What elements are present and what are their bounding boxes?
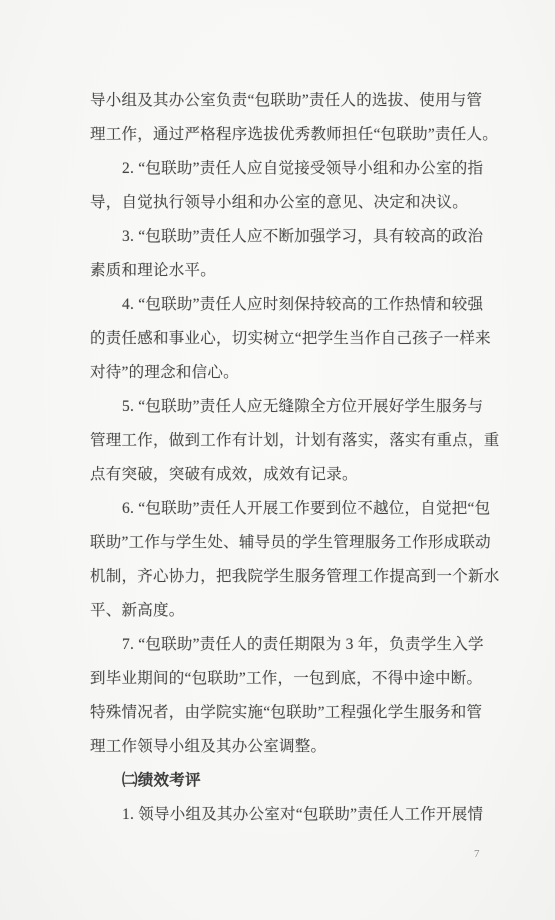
text-line: 4. “包联助”责任人应时刻保持较高的工作热情和较强 [90,288,484,322]
text-line: 导小组及其办公室负责“包联助”责任人的选拔、使用与管 [90,84,484,118]
text-line: 素质和理论水平。 [90,254,484,288]
text-line: 理工作领导小组及其办公室调整。 [90,730,484,764]
text-line: 对待”的理念和信心。 [90,356,484,390]
text-line: 平、新高度。 [90,594,484,628]
text-line: 导，自觉执行领导小组和办公室的意见、决定和决议。 [90,186,484,220]
text-line: 2. “包联助”责任人应自觉接受领导小组和办公室的指 [90,152,484,186]
text-line: 1. 领导小组及其办公室对“包联助”责任人工作开展情 [90,798,484,832]
text-line: 管理工作，做到工作有计划，计划有落实，落实有重点，重 [90,424,484,458]
text-line: 到毕业期间的“包联助”工作，一包到底，不得中途中断。 [90,662,484,696]
text-line: 3. “包联助”责任人应不断加强学习，具有较高的政治 [90,220,484,254]
text-line: 的责任感和事业心，切实树立“把学生当作自己孩子一样来 [90,322,484,356]
text-line: 7. “包联助”责任人的责任期限为 3 年，负责学生入学 [90,628,484,662]
section-heading: ㈡绩效考评 [90,764,484,798]
text-line: 特殊情况者，由学院实施“包联助”工程强化学生服务和管 [90,696,484,730]
text-line: 理工作，通过严格程序选拔优秀教师担任“包联助”责任人。 [90,118,484,152]
text-line: 点有突破，突破有成效，成效有记录。 [90,458,484,492]
text-line: 机制，齐心协力，把我院学生服务管理工作提高到一个新水 [90,560,484,594]
page-number: 7 [474,848,480,860]
scanned-document-page: 导小组及其办公室负责“包联助”责任人的选拔、使用与管 理工作，通过严格程序选拔优… [0,0,555,920]
text-line: 5. “包联助”责任人应无缝隙全方位开展好学生服务与 [90,390,484,424]
document-text-block: 导小组及其办公室负责“包联助”责任人的选拔、使用与管 理工作，通过严格程序选拔优… [90,84,484,832]
text-line: 6. “包联助”责任人开展工作要到位不越位，自觉把“包 [90,492,484,526]
text-line: 联助”工作与学生处、辅导员的学生管理服务工作形成联动 [90,526,484,560]
